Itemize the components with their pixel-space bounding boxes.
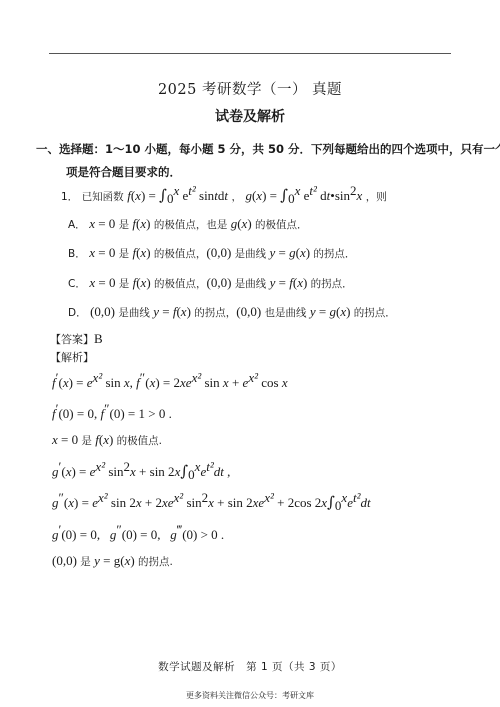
- option-b: B． x = 0 是 f(x) 的极值点，(0,0) 是曲线 y = g(x) …: [68, 245, 355, 261]
- question-prefix: 已知函数: [82, 191, 124, 203]
- option-a: A． x = 0 是 f(x) 的极值点，也是 g(x) 的极值点．: [68, 216, 308, 232]
- option-c: C． x = 0 是 f(x) 的极值点，(0,0) 是曲线 y = f(x) …: [68, 275, 353, 291]
- analysis-line-3: x = 0 是 f(x) 的极值点.: [52, 429, 162, 448]
- analysis-label: 【解析】: [50, 349, 94, 365]
- answer-value: B: [94, 331, 103, 346]
- page-subtitle: 试卷及解析: [0, 106, 500, 126]
- section-heading-line2: 项是符合题目要求的．: [66, 164, 181, 180]
- question-suffix: ，则: [366, 191, 387, 203]
- analysis-line-4: g′(x) = ex² sin2x + sin 2x∫0xet²dt ,: [52, 459, 230, 483]
- f-definition: f(x) = ∫0x et² sintdt: [127, 190, 231, 203]
- analysis-line-5: g″(x) = ex² sin 2x + 2xex² sin2x + sin 2…: [52, 490, 371, 514]
- analysis-line-6: g′(0) = 0, g″(0) = 0, g‴(0) > 0 .: [52, 522, 224, 543]
- option-d: D． (0,0) 是曲线 y = f(x) 的拐点，(0,0) 也是曲线 y =…: [68, 304, 396, 320]
- analysis-line-2: f′(0) = 0, f″(0) = 1 > 0 .: [52, 401, 172, 422]
- g-definition: g(x) = ∫0x et² dt•sin2x: [245, 190, 365, 203]
- page-footer: 数学试题及解析 第 1 页（共 3 页）: [0, 659, 500, 674]
- page-title: 2025 考研数学（一） 真题: [0, 78, 500, 99]
- answer-line: 【答案】B: [50, 331, 103, 347]
- promo-footer: 更多资料关注微信公众号：考研文库: [0, 690, 500, 701]
- header-rule: [49, 53, 451, 54]
- analysis-line-7: (0,0) 是 y = g(x) 的拐点.: [52, 550, 173, 569]
- answer-label: 【答案】: [50, 333, 94, 346]
- analysis-line-1: f′(x) = ex² sin x, f″(x) = 2xex² sin x +…: [52, 370, 288, 391]
- question-stem: 1． 已知函数 f(x) = ∫0x et² sintdt ， g(x) = ∫…: [61, 183, 387, 207]
- question-number: 1．: [61, 191, 78, 203]
- section-heading-line1: 一、选择题：1～10 小题，每小题 5 分，共 50 分．下列每题给出的四个选项…: [36, 141, 500, 157]
